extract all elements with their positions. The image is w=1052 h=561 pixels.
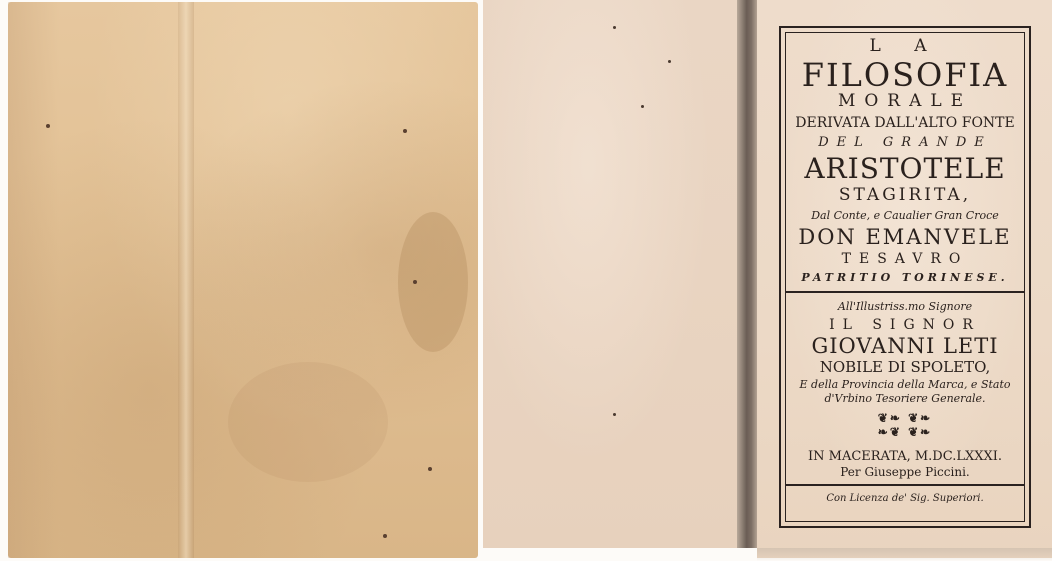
dedication-signor: IL SIGNOR <box>779 318 1031 332</box>
author-name: DON EMANVELE <box>779 227 1031 248</box>
foxing-spot <box>46 124 50 128</box>
foxing-spot <box>668 60 671 63</box>
foxing-spot <box>428 467 432 471</box>
title-page-text: L A FILOSOFIA MORALE DERIVATA DALL'ALTO … <box>779 38 1031 504</box>
imprint-license: Con Licenza de' Sig. Superiori. <box>779 494 1031 504</box>
foxing-spot <box>641 105 644 108</box>
printer-ornament: ❦❧ ❦❧ <box>779 412 1031 424</box>
title-page: L A FILOSOFIA MORALE DERIVATA DALL'ALTO … <box>757 0 1052 558</box>
dedication-intro: All'Illustriss.mo Signore <box>779 301 1031 312</box>
printer-ornament: ❧❦ ❦❧ <box>779 426 1031 438</box>
author-title: Dal Conte, e Caualier Gran Croce <box>779 210 1031 221</box>
imprint-place-date: IN MACERATA, M.DC.LXXXI. <box>779 450 1031 463</box>
page-shadow <box>757 548 1052 561</box>
foxing-spot <box>413 280 417 284</box>
water-stain <box>228 362 388 482</box>
foxing-spot <box>613 413 616 416</box>
foxing-spot <box>613 26 616 29</box>
divider-rule <box>785 291 1025 293</box>
title-stagirita: STAGIRITA, <box>779 187 1031 204</box>
author-surname: TESAVRO <box>779 252 1031 266</box>
divider-rule <box>785 484 1025 486</box>
title-sub: MORALE <box>779 93 1031 110</box>
foxing-spot <box>383 534 387 538</box>
title-main: FILOSOFIA <box>779 59 1031 91</box>
spine-strip <box>8 2 178 558</box>
title-del-grande: DEL GRANDE <box>779 136 1031 149</box>
dedicatee-office-2: d'Vrbino Tesoriere Generale. <box>779 393 1031 404</box>
spine-fold <box>178 2 194 558</box>
author-origin: PATRITIO TORINESE. <box>779 272 1031 283</box>
endpaper <box>483 0 745 548</box>
book-photo: L A FILOSOFIA MORALE DERIVATA DALL'ALTO … <box>0 0 1052 561</box>
title-article: L A <box>779 38 1031 55</box>
dedicatee-name: GIOVANNI LETI <box>779 336 1031 357</box>
water-stain <box>398 212 468 352</box>
vellum-cover <box>8 2 478 558</box>
dedicatee-title: NOBILE DI SPOLETO, <box>779 360 1031 375</box>
dedicatee-office-1: E della Provincia della Marca, e Stato <box>779 379 1031 390</box>
imprint-printer: Per Giuseppe Piccini. <box>779 466 1031 478</box>
title-aristotele: ARISTOTELE <box>779 155 1031 183</box>
title-derivata: DERIVATA DALL'ALTO FONTE <box>779 116 1031 130</box>
foxing-spot <box>403 129 407 133</box>
